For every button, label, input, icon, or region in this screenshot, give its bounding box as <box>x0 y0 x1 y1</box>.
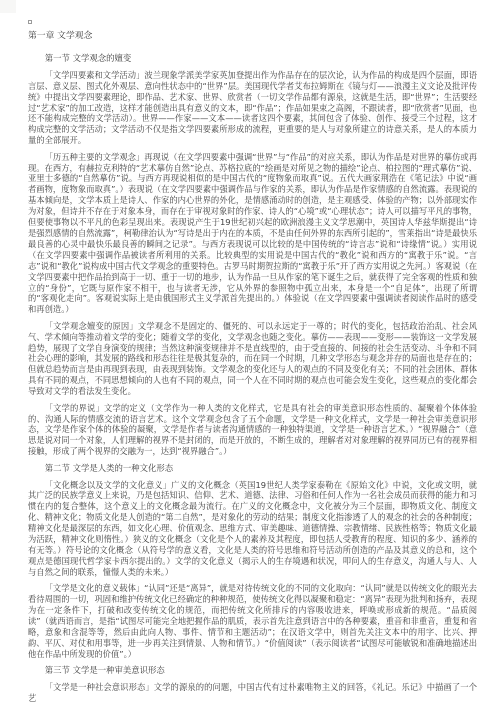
paragraph-culture-concepts: 「文化概念以及文学的文化意义」广义的文化概念（英国19世纪人类学家泰勒在《原始文… <box>28 480 477 578</box>
section-heading-2: 第二节 文学是人类的一种文化形态 <box>28 463 477 474</box>
paragraph-five-literary-concepts: 「历五种主要的文学观念」再现说（在文学四要素中强调“世界”与“作品”的对应关系，… <box>28 152 477 316</box>
chapter-heading: 第一章 文学观念 <box>28 31 477 42</box>
paragraph-four-elements: 「文学四要素和文学活动」波兰现象学派美学家英加登提出作为作品存在的层次论，认为作… <box>28 70 477 146</box>
paragraph-culture-meaning-carrier: 「文学是文化的意义载体」“认同”还是“离异”，就是对待传统文化的不同的文化取向：… <box>28 583 477 659</box>
section-heading-3: 第三节 文学是一种审美意识形态 <box>28 665 477 676</box>
section-heading-1: 第一节 文学观念的嬗变 <box>28 53 477 64</box>
corner-artifact <box>0 0 16 13</box>
missing-glyph-box <box>28 20 32 24</box>
paragraph-social-ideology: 「文学是一种社会意识形态」文学的源泉的的问题，中国古代有过朴素唯物主义的回答，《… <box>28 682 477 704</box>
paragraph-definition-of-literature: 「文学的界说」文学的定义（文学作为一种人类的文化样式，它是具有社会的审美意识形态… <box>28 403 477 458</box>
document-body: 第一章 文学观念 第一节 文学观念的嬗变 「文学四要素和文学活动」波兰现象学派美… <box>28 31 477 709</box>
paragraph-reasons-of-evolution: 「文学观念嬗变的原因」文学观念不是固定的、僵死的、可以永远定于一尊的；时代的变化… <box>28 321 477 397</box>
document-page: 第一章 文学观念 第一节 文学观念的嬗变 「文学四要素和文学活动」波兰现象学派美… <box>0 0 504 713</box>
